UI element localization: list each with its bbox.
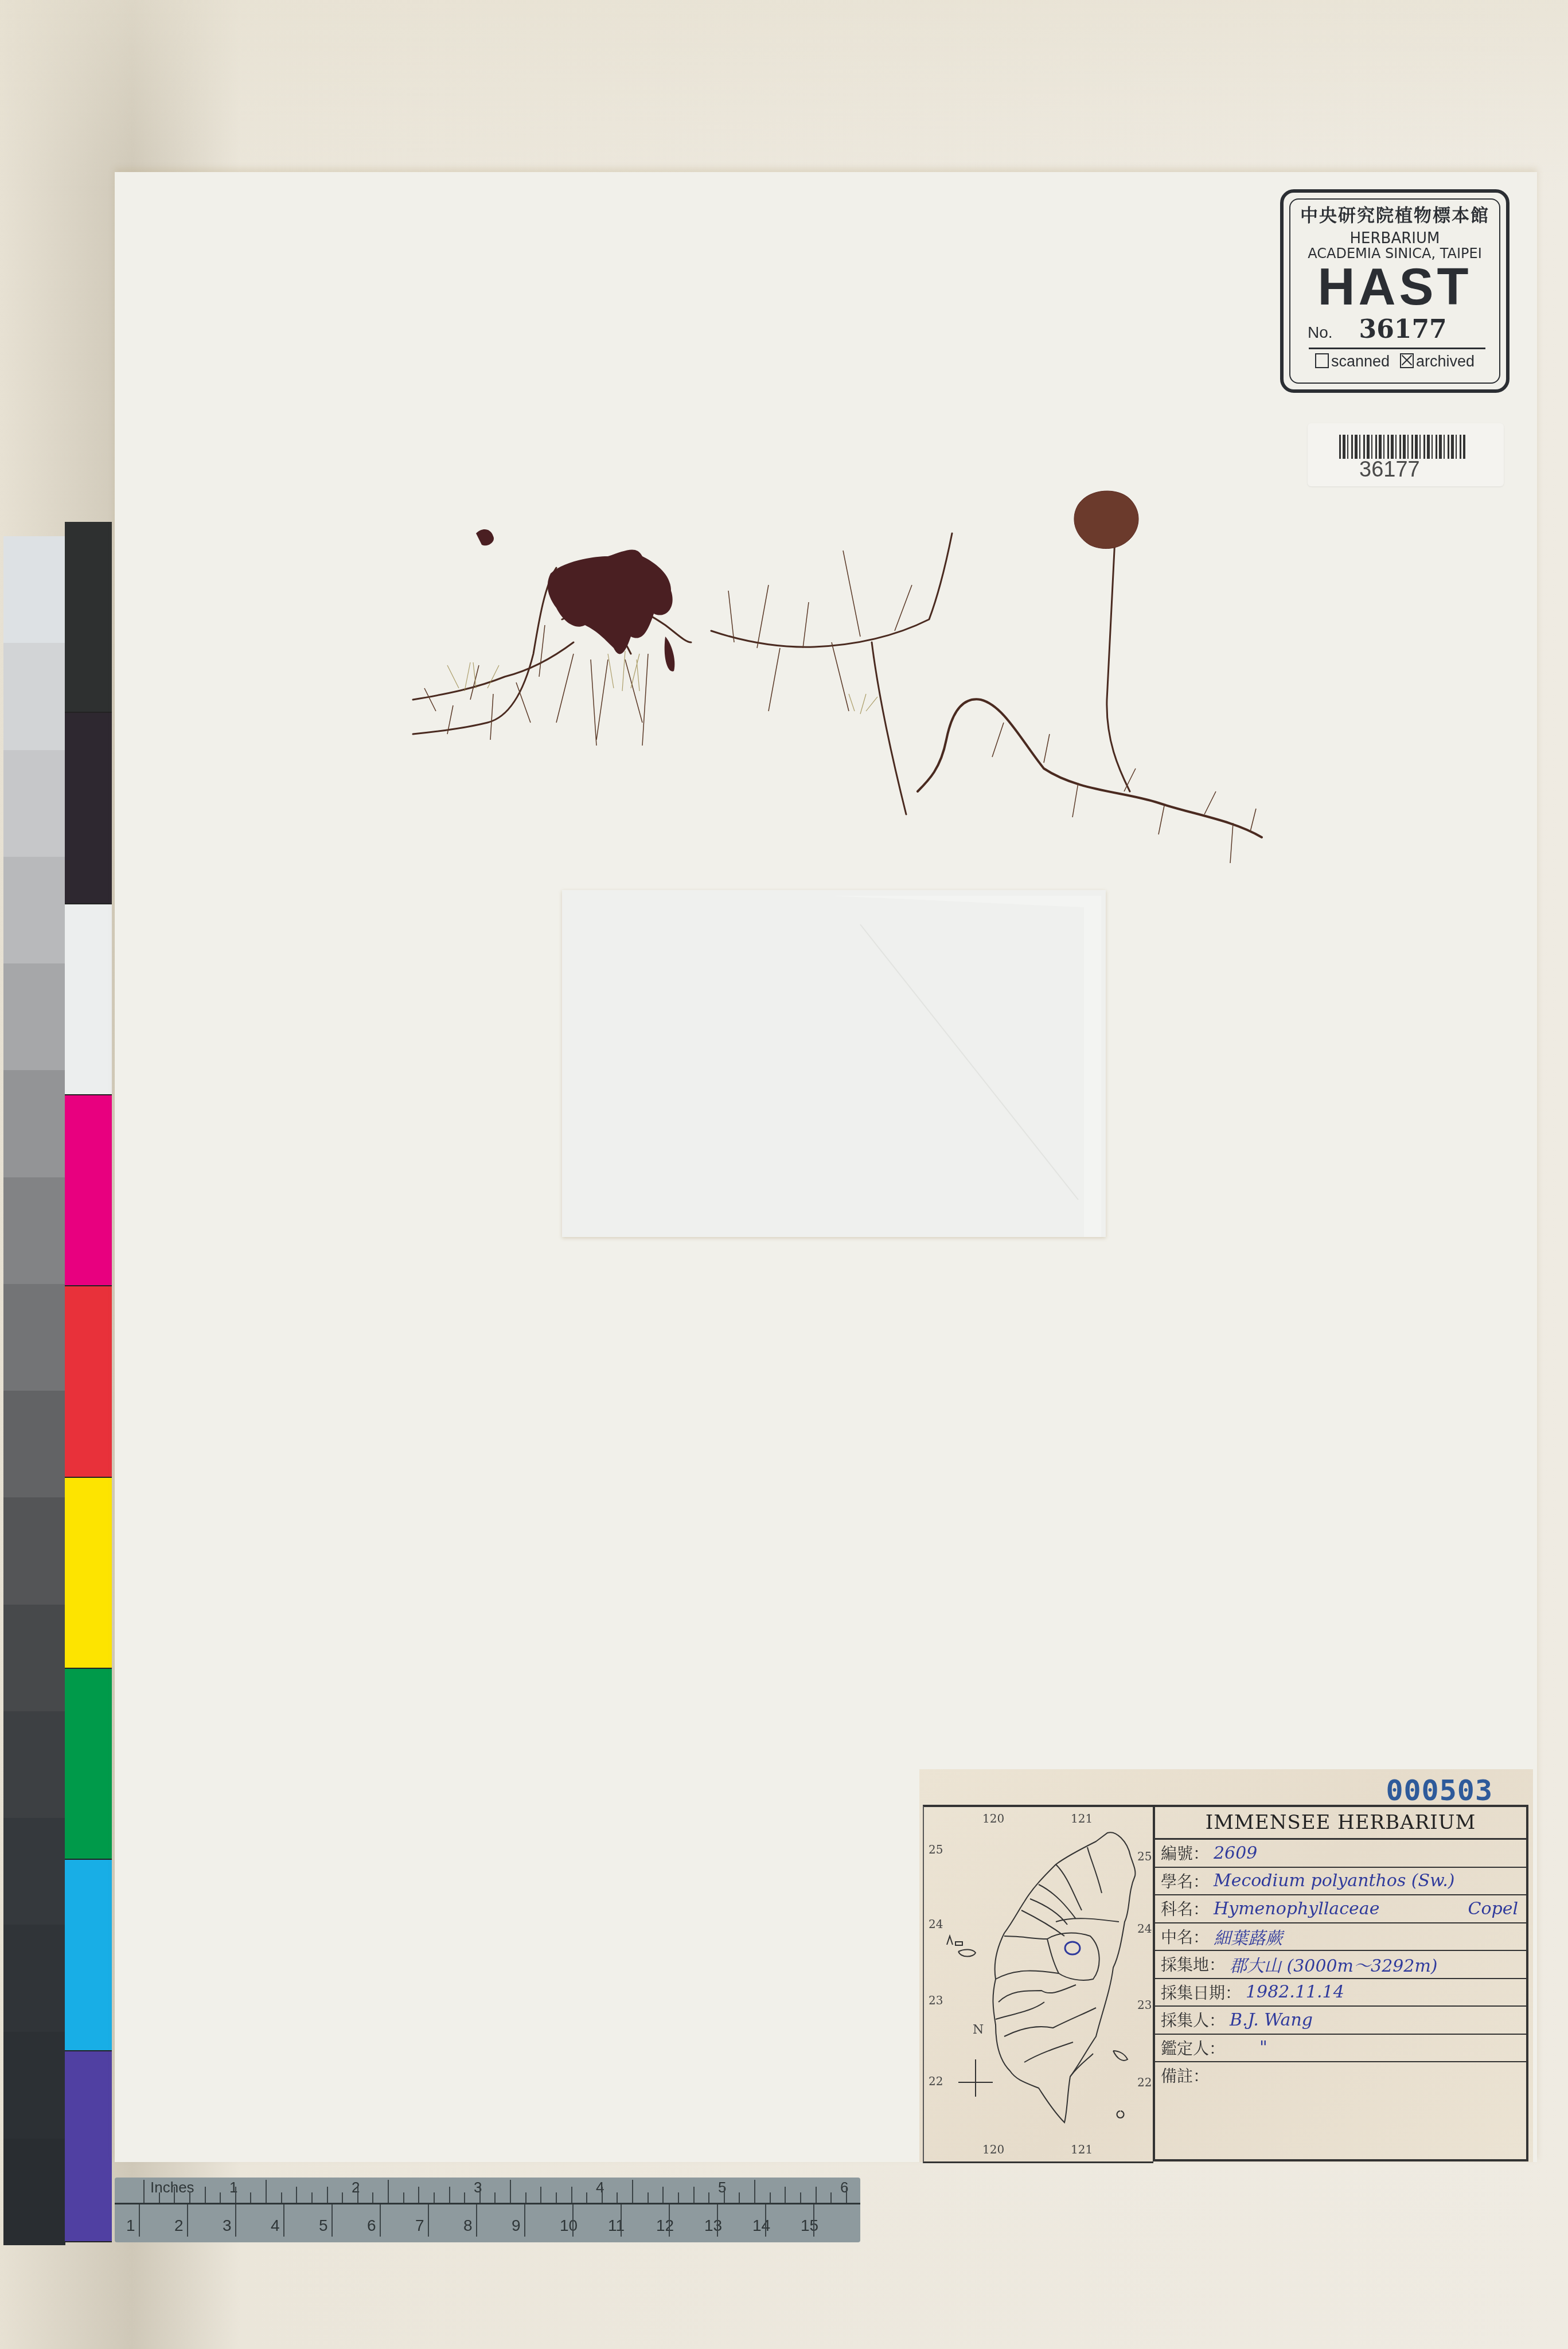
field-remarks: 備註：: [1155, 2062, 1526, 2089]
ruler-cm-tick: [765, 2204, 766, 2237]
field-scientific-name: 學名： Mecodium polyanthos (Sw.): [1155, 1868, 1526, 1896]
field-key: 學名：: [1155, 1870, 1209, 1893]
ruler-tick: [678, 2192, 679, 2203]
ruler-tick: [449, 2187, 450, 2203]
ruler-tick: [403, 2192, 404, 2203]
color-patch-red: [65, 1286, 112, 1477]
ruler-cm-label: 12: [656, 2217, 674, 2235]
ruler-tick: [159, 2192, 160, 2203]
ruler-cm-label: 7: [415, 2217, 424, 2235]
field-key: 採集日期：: [1155, 1981, 1241, 2004]
ruler-tick: [800, 2192, 801, 2203]
ruler-tick: [388, 2180, 389, 2203]
color-patch-white: [65, 904, 112, 1095]
ruler-inch-label: 3: [474, 2179, 482, 2196]
ruler-cm-tick: [235, 2204, 236, 2237]
ruler-inch-label: 6: [840, 2179, 848, 2196]
ruler-tick: [525, 2192, 526, 2203]
gray-step: [3, 2032, 65, 2139]
ruler-cm-label: 6: [367, 2217, 376, 2235]
ruler-cm-tick: [476, 2204, 477, 2237]
ruler-cm-label: 10: [560, 2217, 578, 2235]
ruler-cm-label: 14: [752, 2217, 770, 2235]
ruler-tick: [372, 2192, 373, 2203]
field-key: 編號：: [1155, 1841, 1209, 1864]
ruler-tick: [586, 2192, 587, 2203]
ruler-inches-title: Inches: [150, 2179, 194, 2196]
color-patch-green: [65, 1669, 112, 1860]
ruler-cm-label: 13: [704, 2217, 722, 2235]
field-value: 郡大山 (3000m～3292m): [1230, 1952, 1438, 1977]
ruler-inch-label: 4: [596, 2179, 604, 2196]
field-value: B.J. Wang: [1230, 2010, 1313, 2030]
ruler-tick: [617, 2192, 618, 2203]
ruler-tick: [494, 2192, 496, 2203]
ruler-tick: [693, 2187, 695, 2203]
color-patch-magenta: [65, 1095, 112, 1286]
ruler-tick: [648, 2192, 649, 2203]
field-chinese-name: 中名： 細葉蕗蕨: [1155, 1923, 1526, 1952]
ruler-tick: [846, 2187, 847, 2203]
field-locality: 採集地： 郡大山 (3000m～3292m): [1155, 1951, 1526, 1979]
checked-checkbox-icon: [1400, 353, 1414, 368]
ruler-tick: [464, 2192, 465, 2203]
color-patch-cyan: [65, 1860, 112, 2051]
ruler-cm-label: 1: [126, 2217, 135, 2235]
ruler-tick: [434, 2192, 435, 2203]
gray-scale-strip: [3, 536, 65, 2245]
ruler-tick: [143, 2180, 145, 2203]
ruler-cm-label: 3: [223, 2217, 232, 2235]
field-key: 備註：: [1155, 2064, 1209, 2087]
ruler-cm-tick: [380, 2204, 381, 2237]
color-patch-dark-purple: [65, 713, 112, 904]
ruler-tick: [632, 2180, 633, 2203]
gray-step: [3, 643, 65, 750]
field-collector: 採集人： B.J. Wang: [1155, 2007, 1526, 2035]
field-value: 1982.11.14: [1246, 1982, 1344, 2002]
gray-step: [3, 1925, 65, 2031]
gray-step: [3, 963, 65, 1070]
label-accession-number: 000503: [1386, 1774, 1493, 1807]
label-form: IMMENSEE HERBARIUM 編號： 2609 學名： Mecodium…: [1153, 1805, 1528, 2161]
ruler-tick: [785, 2187, 786, 2203]
ruler-inch-label: 1: [229, 2179, 237, 2196]
field-value: Hymenophyllaceae: [1214, 1899, 1379, 1919]
ruler-cm-tick: [139, 2204, 140, 2237]
field-identifier: 鑑定人： ": [1155, 2035, 1526, 2063]
ruler-cm-label: 2: [174, 2217, 184, 2235]
ruler-cm-label: 11: [608, 2217, 625, 2235]
ruler-tick: [311, 2192, 313, 2203]
ruler-tick: [739, 2192, 740, 2203]
fern-specimen: [401, 470, 1273, 872]
ruler-cm-tick: [283, 2204, 284, 2237]
gray-step: [3, 750, 65, 857]
taiwan-locality-map: 120 121 120 121 25 24 23 22 25 24 23 22 …: [923, 1805, 1153, 2163]
packet-fold-line: [562, 890, 1106, 1237]
ruler-cm-tick: [621, 2204, 622, 2237]
hast-stamp: 中央研究院植物標本館 HERBARIUM ACADEMIA SINICA, TA…: [1280, 189, 1510, 393]
color-patch-black: [65, 522, 112, 713]
measurement-ruler: Inches 123456123456789101112131415: [115, 2178, 860, 2242]
ruler-divider: [115, 2203, 860, 2204]
gray-step: [3, 1177, 65, 1284]
ruler-cm-tick: [572, 2204, 574, 2237]
gray-step: [3, 536, 65, 643]
ruler-tick: [327, 2187, 328, 2203]
ruler-cm-tick: [717, 2204, 718, 2237]
gray-step: [3, 1070, 65, 1177]
board-shadow: [0, 0, 1568, 189]
ruler-tick: [296, 2187, 297, 2203]
ruler-tick: [281, 2192, 282, 2203]
field-value: 細葉蕗蕨: [1214, 1924, 1282, 1949]
ruler-tick: [708, 2192, 709, 2203]
field-key: 鑑定人：: [1155, 2036, 1225, 2059]
ruler-tick: [479, 2187, 481, 2203]
ruler-cm-tick: [428, 2204, 429, 2237]
ruler-tick: [510, 2180, 511, 2203]
ruler-cm-tick: [524, 2204, 525, 2237]
taiwan-outline-icon: [924, 1807, 1153, 2161]
ruler-tick: [556, 2192, 557, 2203]
color-patch-blue-violet: [65, 2051, 112, 2242]
fragment-packet: [562, 890, 1106, 1237]
ruler-tick: [724, 2187, 725, 2203]
barcode-label: 36177: [1308, 423, 1504, 486]
ruler-cm-label: 8: [463, 2217, 473, 2235]
gray-step: [3, 857, 65, 963]
ruler-tick: [189, 2192, 190, 2203]
ruler-inch-label: 5: [718, 2179, 726, 2196]
field-key: 科名：: [1155, 1897, 1209, 1920]
ruler-cm-tick: [187, 2204, 188, 2237]
ruler-inch-label: 2: [352, 2179, 360, 2196]
ruler-tick: [205, 2187, 206, 2203]
ruler-tick: [571, 2187, 572, 2203]
ruler-cm-label: 4: [271, 2217, 280, 2235]
field-family: 科名： Hymenophyllaceae Copel: [1155, 1895, 1526, 1923]
ruler-tick: [220, 2192, 221, 2203]
label-title: IMMENSEE HERBARIUM: [1155, 1807, 1526, 1840]
field-value: 2609: [1214, 1843, 1257, 1863]
gray-step: [3, 1818, 65, 1925]
ruler-tick: [816, 2187, 817, 2203]
ruler-tick: [342, 2192, 343, 2203]
field-value: ": [1259, 2038, 1267, 2058]
gray-step: [3, 1391, 65, 1497]
gray-step: [3, 1284, 65, 1391]
ruler-tick: [174, 2187, 175, 2203]
ruler-tick: [770, 2192, 771, 2203]
ruler-tick: [754, 2180, 755, 2203]
ruler-tick: [830, 2192, 832, 2203]
field-collection-number: 編號： 2609: [1155, 1840, 1526, 1868]
gray-step: [3, 1711, 65, 1818]
ruler-cm-tick: [813, 2204, 814, 2237]
ruler-tick: [235, 2187, 236, 2203]
field-value-author: Copel: [1468, 1899, 1518, 1919]
ruler-tick: [266, 2180, 267, 2203]
gray-step: [3, 1605, 65, 1711]
gray-step: [3, 1497, 65, 1604]
ruler-tick: [662, 2187, 664, 2203]
field-key: 採集人：: [1155, 2008, 1225, 2031]
barcode-number: 36177: [1359, 458, 1420, 482]
ruler-cm-tick: [669, 2204, 670, 2237]
color-patch-yellow: [65, 1478, 112, 1669]
ruler-cm-label: 5: [319, 2217, 328, 2235]
ruler-tick: [602, 2187, 603, 2203]
barcode-icon: [1339, 435, 1465, 459]
ruler-tick: [250, 2192, 251, 2203]
field-collection-date: 採集日期： 1982.11.14: [1155, 1979, 1526, 2007]
color-calibration-strip: [65, 522, 112, 2242]
ruler-cm-tick: [331, 2204, 333, 2237]
ruler-tick: [540, 2187, 541, 2203]
field-value: Mecodium polyanthos (Sw.): [1214, 1871, 1454, 1891]
field-key: 採集地：: [1155, 1953, 1225, 1976]
gray-step: [3, 2139, 65, 2245]
immensee-label: 000503 120 121 120 121 25 24 23 22 25 24…: [919, 1769, 1533, 2162]
ruler-tick: [357, 2187, 358, 2203]
ruler-cm-label: 15: [801, 2217, 818, 2235]
ruler-tick: [418, 2187, 419, 2203]
ruler-cm-label: 9: [512, 2217, 521, 2235]
empty-checkbox-icon: [1315, 353, 1329, 368]
field-key: 中名：: [1155, 1925, 1209, 1948]
